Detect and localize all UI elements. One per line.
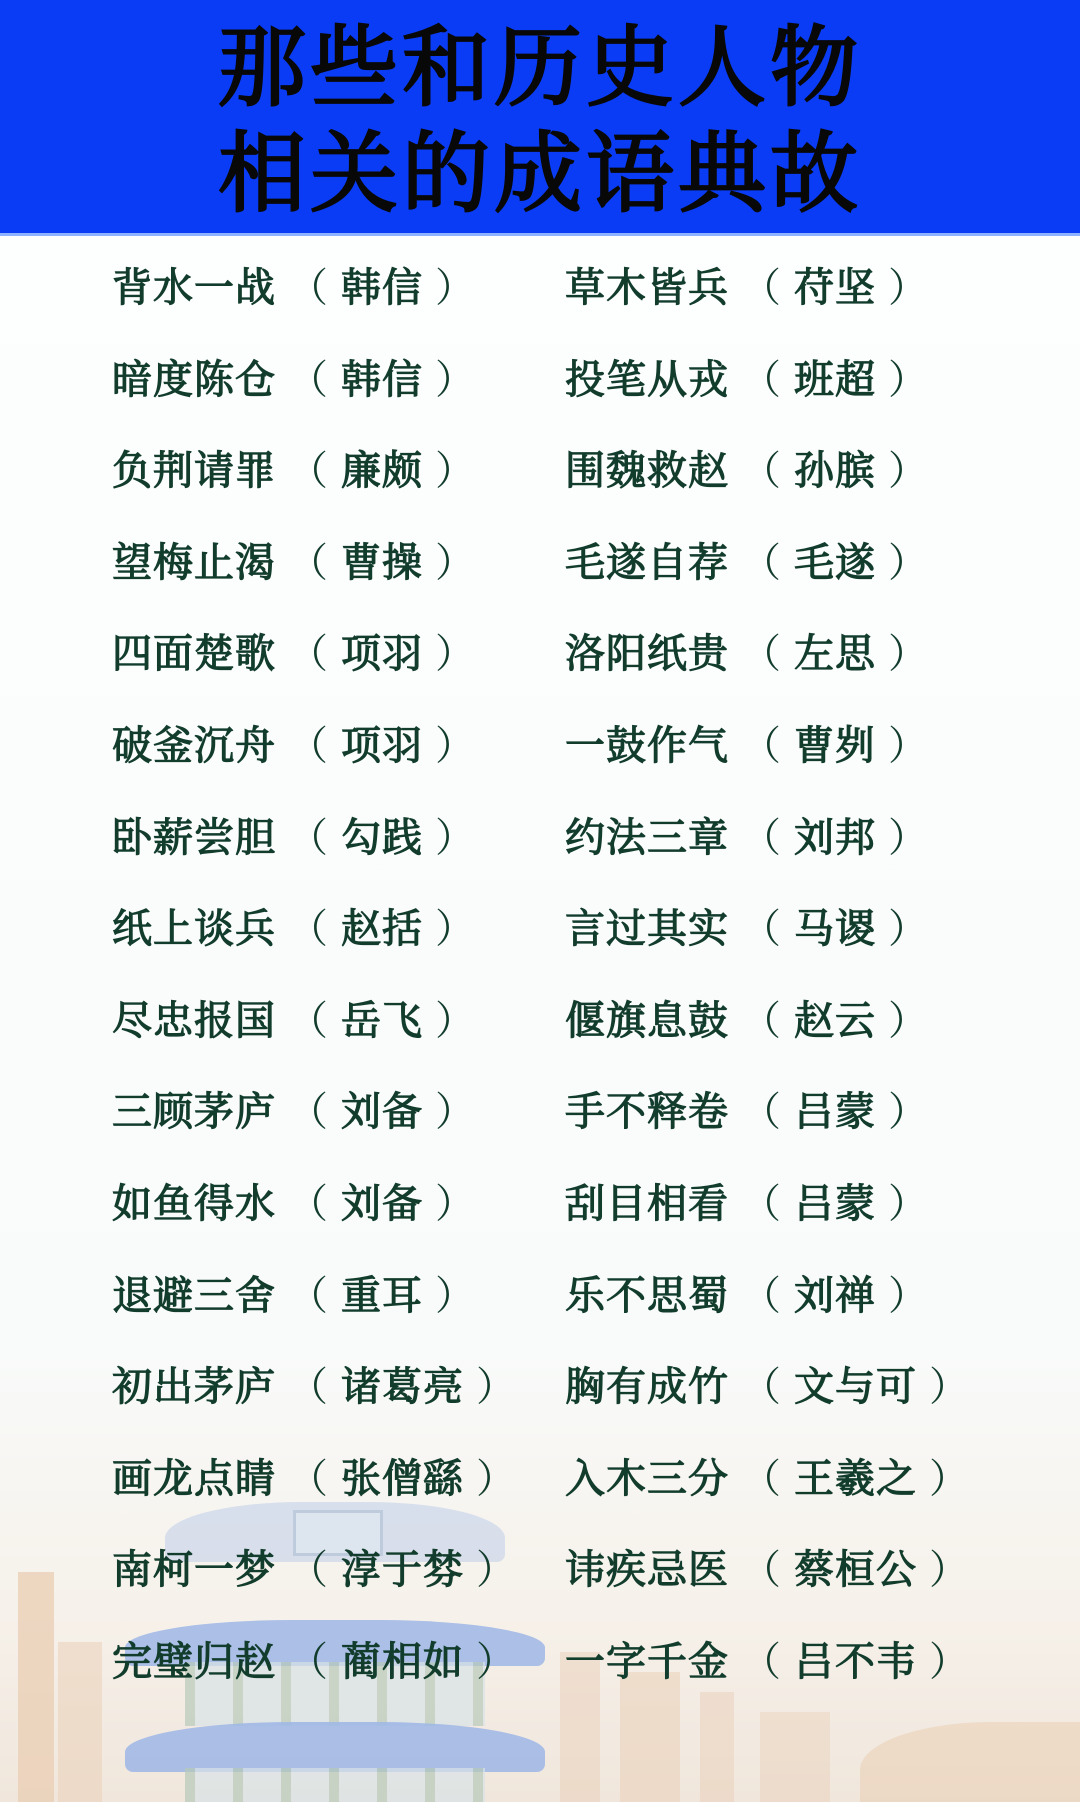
paren-open: （ — [741, 815, 782, 861]
idiom-row: 卧薪尝胆（勾践）约法三章（刘邦） — [112, 808, 1012, 900]
paren-open: （ — [741, 1089, 782, 1135]
idiom-text: 入木三分 — [565, 1456, 729, 1502]
paren-close: ） — [888, 265, 929, 311]
paren-close: ） — [888, 1181, 929, 1227]
idiom-text: 纸上谈兵 — [112, 906, 276, 952]
idiom-text: 初出茅庐 — [112, 1364, 276, 1410]
paren-close: ） — [888, 357, 929, 403]
idiom-text: 望梅止渴 — [112, 540, 276, 586]
historical-person: 曹操 — [341, 540, 423, 586]
idiom-text: 卧薪尝胆 — [112, 815, 276, 861]
idiom-entry: 尽忠报国（岳飞） — [112, 991, 488, 1051]
idiom-entry: 完璧归赵（蔺相如） — [112, 1632, 529, 1692]
paren-close: ） — [476, 1456, 517, 1502]
paren-close: ） — [435, 265, 476, 311]
paren-open: （ — [741, 723, 782, 769]
historical-person: 韩信 — [341, 357, 423, 403]
historical-person: 孙膑 — [794, 448, 876, 494]
idiom-entry: 如鱼得水（刘备） — [112, 1174, 488, 1234]
idiom-text: 草木皆兵 — [565, 265, 729, 311]
paren-open: （ — [741, 448, 782, 494]
historical-person: 毛遂 — [794, 540, 876, 586]
historical-person: 左思 — [794, 631, 876, 677]
paren-open: （ — [741, 1547, 782, 1593]
idiom-text: 偃旗息鼓 — [565, 998, 729, 1044]
paren-open: （ — [288, 1547, 329, 1593]
paren-close: ） — [435, 448, 476, 494]
paren-open: （ — [288, 265, 329, 311]
paren-open: （ — [288, 998, 329, 1044]
idiom-entry: 刮目相看（吕蒙） — [565, 1174, 941, 1234]
paren-open: （ — [288, 1273, 329, 1319]
idiom-entry: 讳疾忌医（蔡桓公） — [565, 1540, 982, 1600]
idiom-entry: 草木皆兵（苻坚） — [565, 258, 941, 318]
paren-open: （ — [741, 1273, 782, 1319]
paren-open: （ — [741, 265, 782, 311]
paren-open: （ — [288, 448, 329, 494]
idiom-entry: 暗度陈仓（韩信） — [112, 350, 488, 410]
idiom-text: 手不释卷 — [565, 1089, 729, 1135]
idiom-entry: 言过其实（马谡） — [565, 899, 941, 959]
idiom-text: 言过其实 — [565, 906, 729, 952]
idiom-entry: 初出茅庐（诸葛亮） — [112, 1357, 529, 1417]
idiom-entry: 望梅止渴（曹操） — [112, 533, 488, 593]
city-building — [18, 1572, 54, 1802]
idiom-entry: 围魏救赵（孙膑） — [565, 441, 941, 501]
paren-close: ） — [888, 998, 929, 1044]
paren-close: ） — [929, 1547, 970, 1593]
paren-close: ） — [929, 1364, 970, 1410]
idiom-text: 约法三章 — [565, 815, 729, 861]
idiom-row: 完璧归赵（蔺相如）一字千金（吕不韦） — [112, 1632, 1012, 1724]
paren-close: ） — [435, 815, 476, 861]
idiom-entry: 胸有成竹（文与可） — [565, 1357, 982, 1417]
paren-close: ） — [435, 723, 476, 769]
idiom-entry: 乐不思蜀（刘禅） — [565, 1266, 941, 1326]
idiom-row: 破釜沉舟（项羽）一鼓作气（曹刿） — [112, 716, 1012, 808]
idiom-entry: 手不释卷（吕蒙） — [565, 1082, 941, 1142]
paren-open: （ — [741, 631, 782, 677]
header-banner: 那些和历史人物 相关的成语典故 — [0, 0, 1080, 236]
idiom-row: 南柯一梦（淳于棼）讳疾忌医（蔡桓公） — [112, 1540, 1012, 1632]
city-building — [760, 1712, 830, 1802]
paren-close: ） — [435, 1273, 476, 1319]
idiom-text: 毛遂自荐 — [565, 540, 729, 586]
idiom-entry: 纸上谈兵（赵括） — [112, 899, 488, 959]
paren-close: ） — [888, 723, 929, 769]
paren-open: （ — [288, 1181, 329, 1227]
paren-close: ） — [888, 906, 929, 952]
paren-close: ） — [929, 1639, 970, 1685]
historical-person: 吕蒙 — [794, 1089, 876, 1135]
paren-open: （ — [741, 1456, 782, 1502]
historical-person: 项羽 — [341, 631, 423, 677]
idiom-entry: 三顾茅庐（刘备） — [112, 1082, 488, 1142]
idiom-text: 胸有成竹 — [565, 1364, 729, 1410]
idiom-entry: 一鼓作气（曹刿） — [565, 716, 941, 776]
paren-close: ） — [435, 357, 476, 403]
historical-person: 重耳 — [341, 1273, 423, 1319]
idiom-text: 投笔从戎 — [565, 357, 729, 403]
paren-close: ） — [476, 1364, 517, 1410]
historical-person: 蔡桓公 — [794, 1547, 917, 1593]
idiom-text: 刮目相看 — [565, 1181, 729, 1227]
historical-person: 廉颇 — [341, 448, 423, 494]
paren-open: （ — [288, 631, 329, 677]
historical-person: 刘禅 — [794, 1273, 876, 1319]
idiom-text: 尽忠报国 — [112, 998, 276, 1044]
idiom-text: 如鱼得水 — [112, 1181, 276, 1227]
idiom-row: 如鱼得水（刘备）刮目相看（吕蒙） — [112, 1174, 1012, 1266]
idiom-text: 背水一战 — [112, 265, 276, 311]
historical-person: 苻坚 — [794, 265, 876, 311]
historical-person: 刘备 — [341, 1181, 423, 1227]
idiom-row: 退避三舍（重耳）乐不思蜀（刘禅） — [112, 1266, 1012, 1358]
idiom-entry: 四面楚歌（项羽） — [112, 624, 488, 684]
paren-open: （ — [741, 1639, 782, 1685]
idiom-entry: 卧薪尝胆（勾践） — [112, 808, 488, 868]
paren-close: ） — [888, 815, 929, 861]
historical-person: 赵括 — [341, 906, 423, 952]
historical-person: 吕蒙 — [794, 1181, 876, 1227]
paren-close: ） — [929, 1456, 970, 1502]
paren-open: （ — [288, 906, 329, 952]
idiom-entry: 破釜沉舟（项羽） — [112, 716, 488, 776]
historical-person: 刘邦 — [794, 815, 876, 861]
idiom-text: 退避三舍 — [112, 1273, 276, 1319]
idiom-entry: 南柯一梦（淳于棼） — [112, 1540, 529, 1600]
paren-close: ） — [435, 1181, 476, 1227]
idiom-row: 初出茅庐（诸葛亮）胸有成竹（文与可） — [112, 1357, 1012, 1449]
paren-open: （ — [741, 1181, 782, 1227]
hillside — [860, 1722, 1080, 1802]
paren-open: （ — [741, 906, 782, 952]
idiom-row: 纸上谈兵（赵括）言过其实（马谡） — [112, 899, 1012, 991]
historical-person: 马谡 — [794, 906, 876, 952]
historical-person: 岳飞 — [341, 998, 423, 1044]
idiom-entry: 画龙点睛（张僧繇） — [112, 1449, 529, 1509]
paren-open: （ — [288, 1456, 329, 1502]
idiom-text: 一字千金 — [565, 1639, 729, 1685]
title-line-2: 相关的成语典故 — [0, 124, 1080, 224]
paren-close: ） — [888, 1273, 929, 1319]
idiom-text: 乐不思蜀 — [565, 1273, 729, 1319]
paren-open: （ — [288, 723, 329, 769]
historical-person: 蔺相如 — [341, 1639, 464, 1685]
idiom-entry: 投笔从戎（班超） — [565, 350, 941, 410]
paren-open: （ — [288, 1639, 329, 1685]
idiom-list-panel: 背水一战（韩信）草木皆兵（苻坚）暗度陈仓（韩信）投笔从戎（班超）负荆请罪（廉颇）… — [0, 236, 1080, 1802]
idiom-text: 围魏救赵 — [565, 448, 729, 494]
historical-person: 韩信 — [341, 265, 423, 311]
historical-person: 淳于棼 — [341, 1547, 464, 1593]
historical-person: 刘备 — [341, 1089, 423, 1135]
city-building — [58, 1642, 102, 1802]
paren-close: ） — [435, 631, 476, 677]
paren-close: ） — [435, 998, 476, 1044]
historical-person: 班超 — [794, 357, 876, 403]
historical-person: 吕不韦 — [794, 1639, 917, 1685]
paren-close: ） — [888, 540, 929, 586]
idiom-entry: 退避三舍（重耳） — [112, 1266, 488, 1326]
historical-person: 曹刿 — [794, 723, 876, 769]
paren-close: ） — [435, 540, 476, 586]
idiom-row: 望梅止渴（曹操）毛遂自荐（毛遂） — [112, 533, 1012, 625]
paren-close: ） — [435, 1089, 476, 1135]
paren-open: （ — [288, 1089, 329, 1135]
paren-open: （ — [288, 815, 329, 861]
idiom-entry: 偃旗息鼓（赵云） — [565, 991, 941, 1051]
idiom-text: 画龙点睛 — [112, 1456, 276, 1502]
idiom-text: 南柯一梦 — [112, 1547, 276, 1593]
title-line-1: 那些和历史人物 — [0, 18, 1080, 118]
idiom-entry: 入木三分（王羲之） — [565, 1449, 982, 1509]
historical-person: 张僧繇 — [341, 1456, 464, 1502]
paren-open: （ — [288, 1364, 329, 1410]
idiom-text: 四面楚歌 — [112, 631, 276, 677]
idiom-row: 暗度陈仓（韩信）投笔从戎（班超） — [112, 350, 1012, 442]
historical-person: 王羲之 — [794, 1456, 917, 1502]
idiom-row: 尽忠报国（岳飞）偃旗息鼓（赵云） — [112, 991, 1012, 1083]
paren-close: ） — [888, 1089, 929, 1135]
paren-open: （ — [288, 540, 329, 586]
idiom-text: 负荆请罪 — [112, 448, 276, 494]
paren-open: （ — [741, 357, 782, 403]
idiom-grid: 背水一战（韩信）草木皆兵（苻坚）暗度陈仓（韩信）投笔从戎（班超）负荆请罪（廉颇）… — [112, 258, 1012, 1724]
idiom-entry: 洛阳纸贵（左思） — [565, 624, 941, 684]
idiom-entry: 一字千金（吕不韦） — [565, 1632, 982, 1692]
idiom-text: 暗度陈仓 — [112, 357, 276, 403]
paren-open: （ — [741, 998, 782, 1044]
paren-close: ） — [476, 1639, 517, 1685]
paren-open: （ — [288, 357, 329, 403]
idiom-entry: 背水一战（韩信） — [112, 258, 488, 318]
idiom-text: 洛阳纸贵 — [565, 631, 729, 677]
idiom-entry: 约法三章（刘邦） — [565, 808, 941, 868]
paren-close: ） — [476, 1547, 517, 1593]
idiom-text: 破釜沉舟 — [112, 723, 276, 769]
idiom-row: 四面楚歌（项羽）洛阳纸贵（左思） — [112, 624, 1012, 716]
idiom-text: 讳疾忌医 — [565, 1547, 729, 1593]
idiom-row: 画龙点睛（张僧繇）入木三分（王羲之） — [112, 1449, 1012, 1541]
idiom-row: 负荆请罪（廉颇）围魏救赵（孙膑） — [112, 441, 1012, 533]
idiom-text: 完璧归赵 — [112, 1639, 276, 1685]
idiom-row: 背水一战（韩信）草木皆兵（苻坚） — [112, 258, 1012, 350]
idiom-text: 一鼓作气 — [565, 723, 729, 769]
idiom-text: 三顾茅庐 — [112, 1089, 276, 1135]
paren-open: （ — [741, 1364, 782, 1410]
paren-close: ） — [435, 906, 476, 952]
paren-open: （ — [741, 540, 782, 586]
idiom-row: 三顾茅庐（刘备）手不释卷（吕蒙） — [112, 1082, 1012, 1174]
paren-close: ） — [888, 448, 929, 494]
idiom-entry: 毛遂自荐（毛遂） — [565, 533, 941, 593]
historical-person: 文与可 — [794, 1364, 917, 1410]
historical-person: 赵云 — [794, 998, 876, 1044]
historical-person: 勾践 — [341, 815, 423, 861]
historical-person: 诸葛亮 — [341, 1364, 464, 1410]
historical-person: 项羽 — [341, 723, 423, 769]
idiom-entry: 负荆请罪（廉颇） — [112, 441, 488, 501]
paren-close: ） — [888, 631, 929, 677]
